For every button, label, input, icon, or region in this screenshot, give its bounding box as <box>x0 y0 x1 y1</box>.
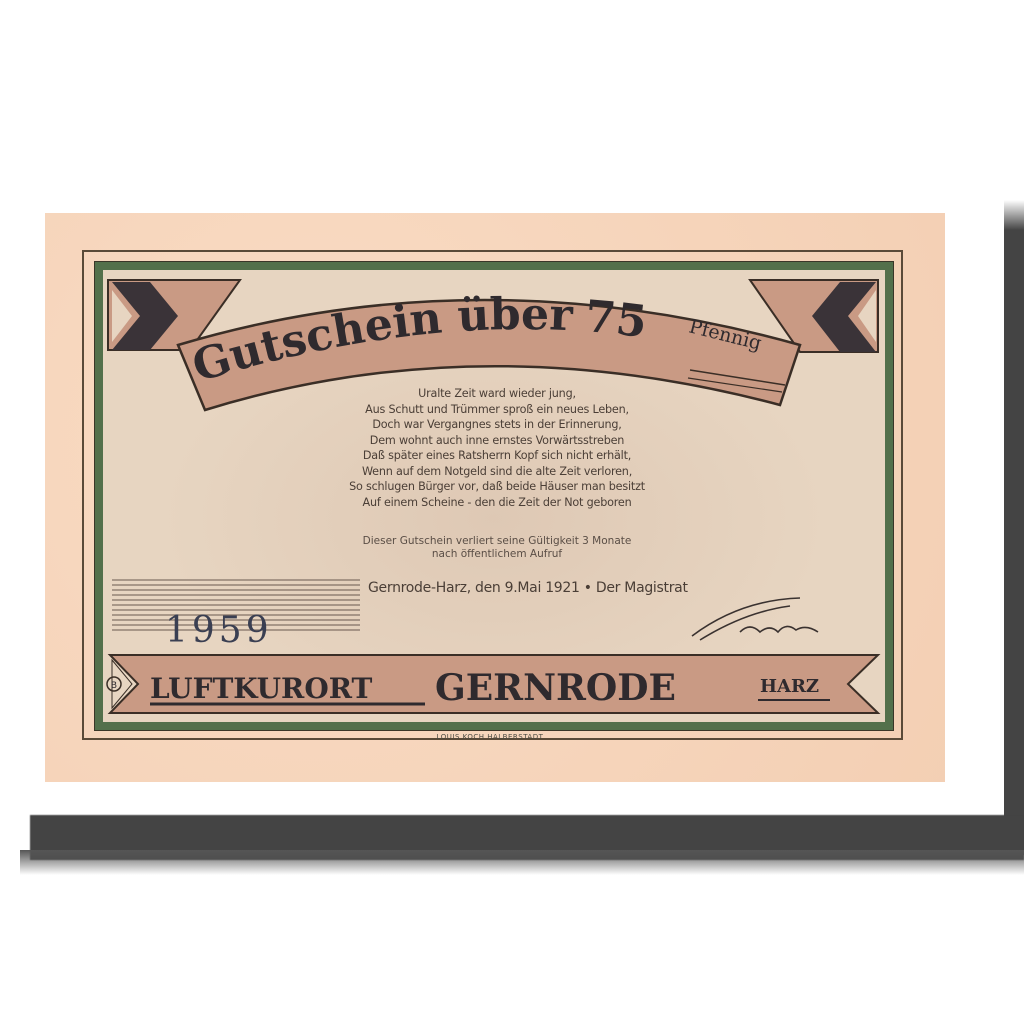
signature <box>692 598 818 640</box>
printer-imprint: LOUIS KOCH HALBERSTADT <box>380 733 600 741</box>
verse-line: Auf einem Scheine - den die Zeit der Not… <box>262 495 732 511</box>
serial-number: 1959 <box>165 610 273 651</box>
verse-line: Dem wohnt auch inne ernstes Vorwärtsstre… <box>262 433 732 449</box>
verse-line: Daß später eines Ratsherrn Kopf sich nic… <box>262 448 732 464</box>
banner-left-text: LUFTKURORT <box>150 672 372 705</box>
series-mark: B <box>111 681 117 691</box>
verse-line: Doch war Vergangnes stets in der Erinner… <box>262 417 732 433</box>
ornament-layer: Gutschein über75 Pfennig B LUFTKURORT GE… <box>0 0 1024 1024</box>
validity-line: Dieser Gutschein verliert seine Gültigke… <box>262 535 732 548</box>
verse-line: Aus Schutt und Trümmer sproß ein neues L… <box>262 402 732 418</box>
verse-line: So schlugen Bürger vor, daß beide Häuser… <box>262 479 732 495</box>
validity-line: nach öffentlichem Aufruf <box>262 548 732 561</box>
place-date: Gernrode-Harz, den 9.Mai 1921 • Der Magi… <box>368 580 688 596</box>
banner-right-text: HARZ <box>760 676 819 697</box>
banner-main-text: GERNRODE <box>435 667 676 709</box>
validity-notice: Dieser Gutschein verliert seine Gültigke… <box>262 535 732 561</box>
verse-block: Uralte Zeit ward wieder jung, Aus Schutt… <box>262 386 732 510</box>
verse-line: Uralte Zeit ward wieder jung, <box>262 386 732 402</box>
verse-line: Wenn auf dem Notgeld sind die alte Zeit … <box>262 464 732 480</box>
